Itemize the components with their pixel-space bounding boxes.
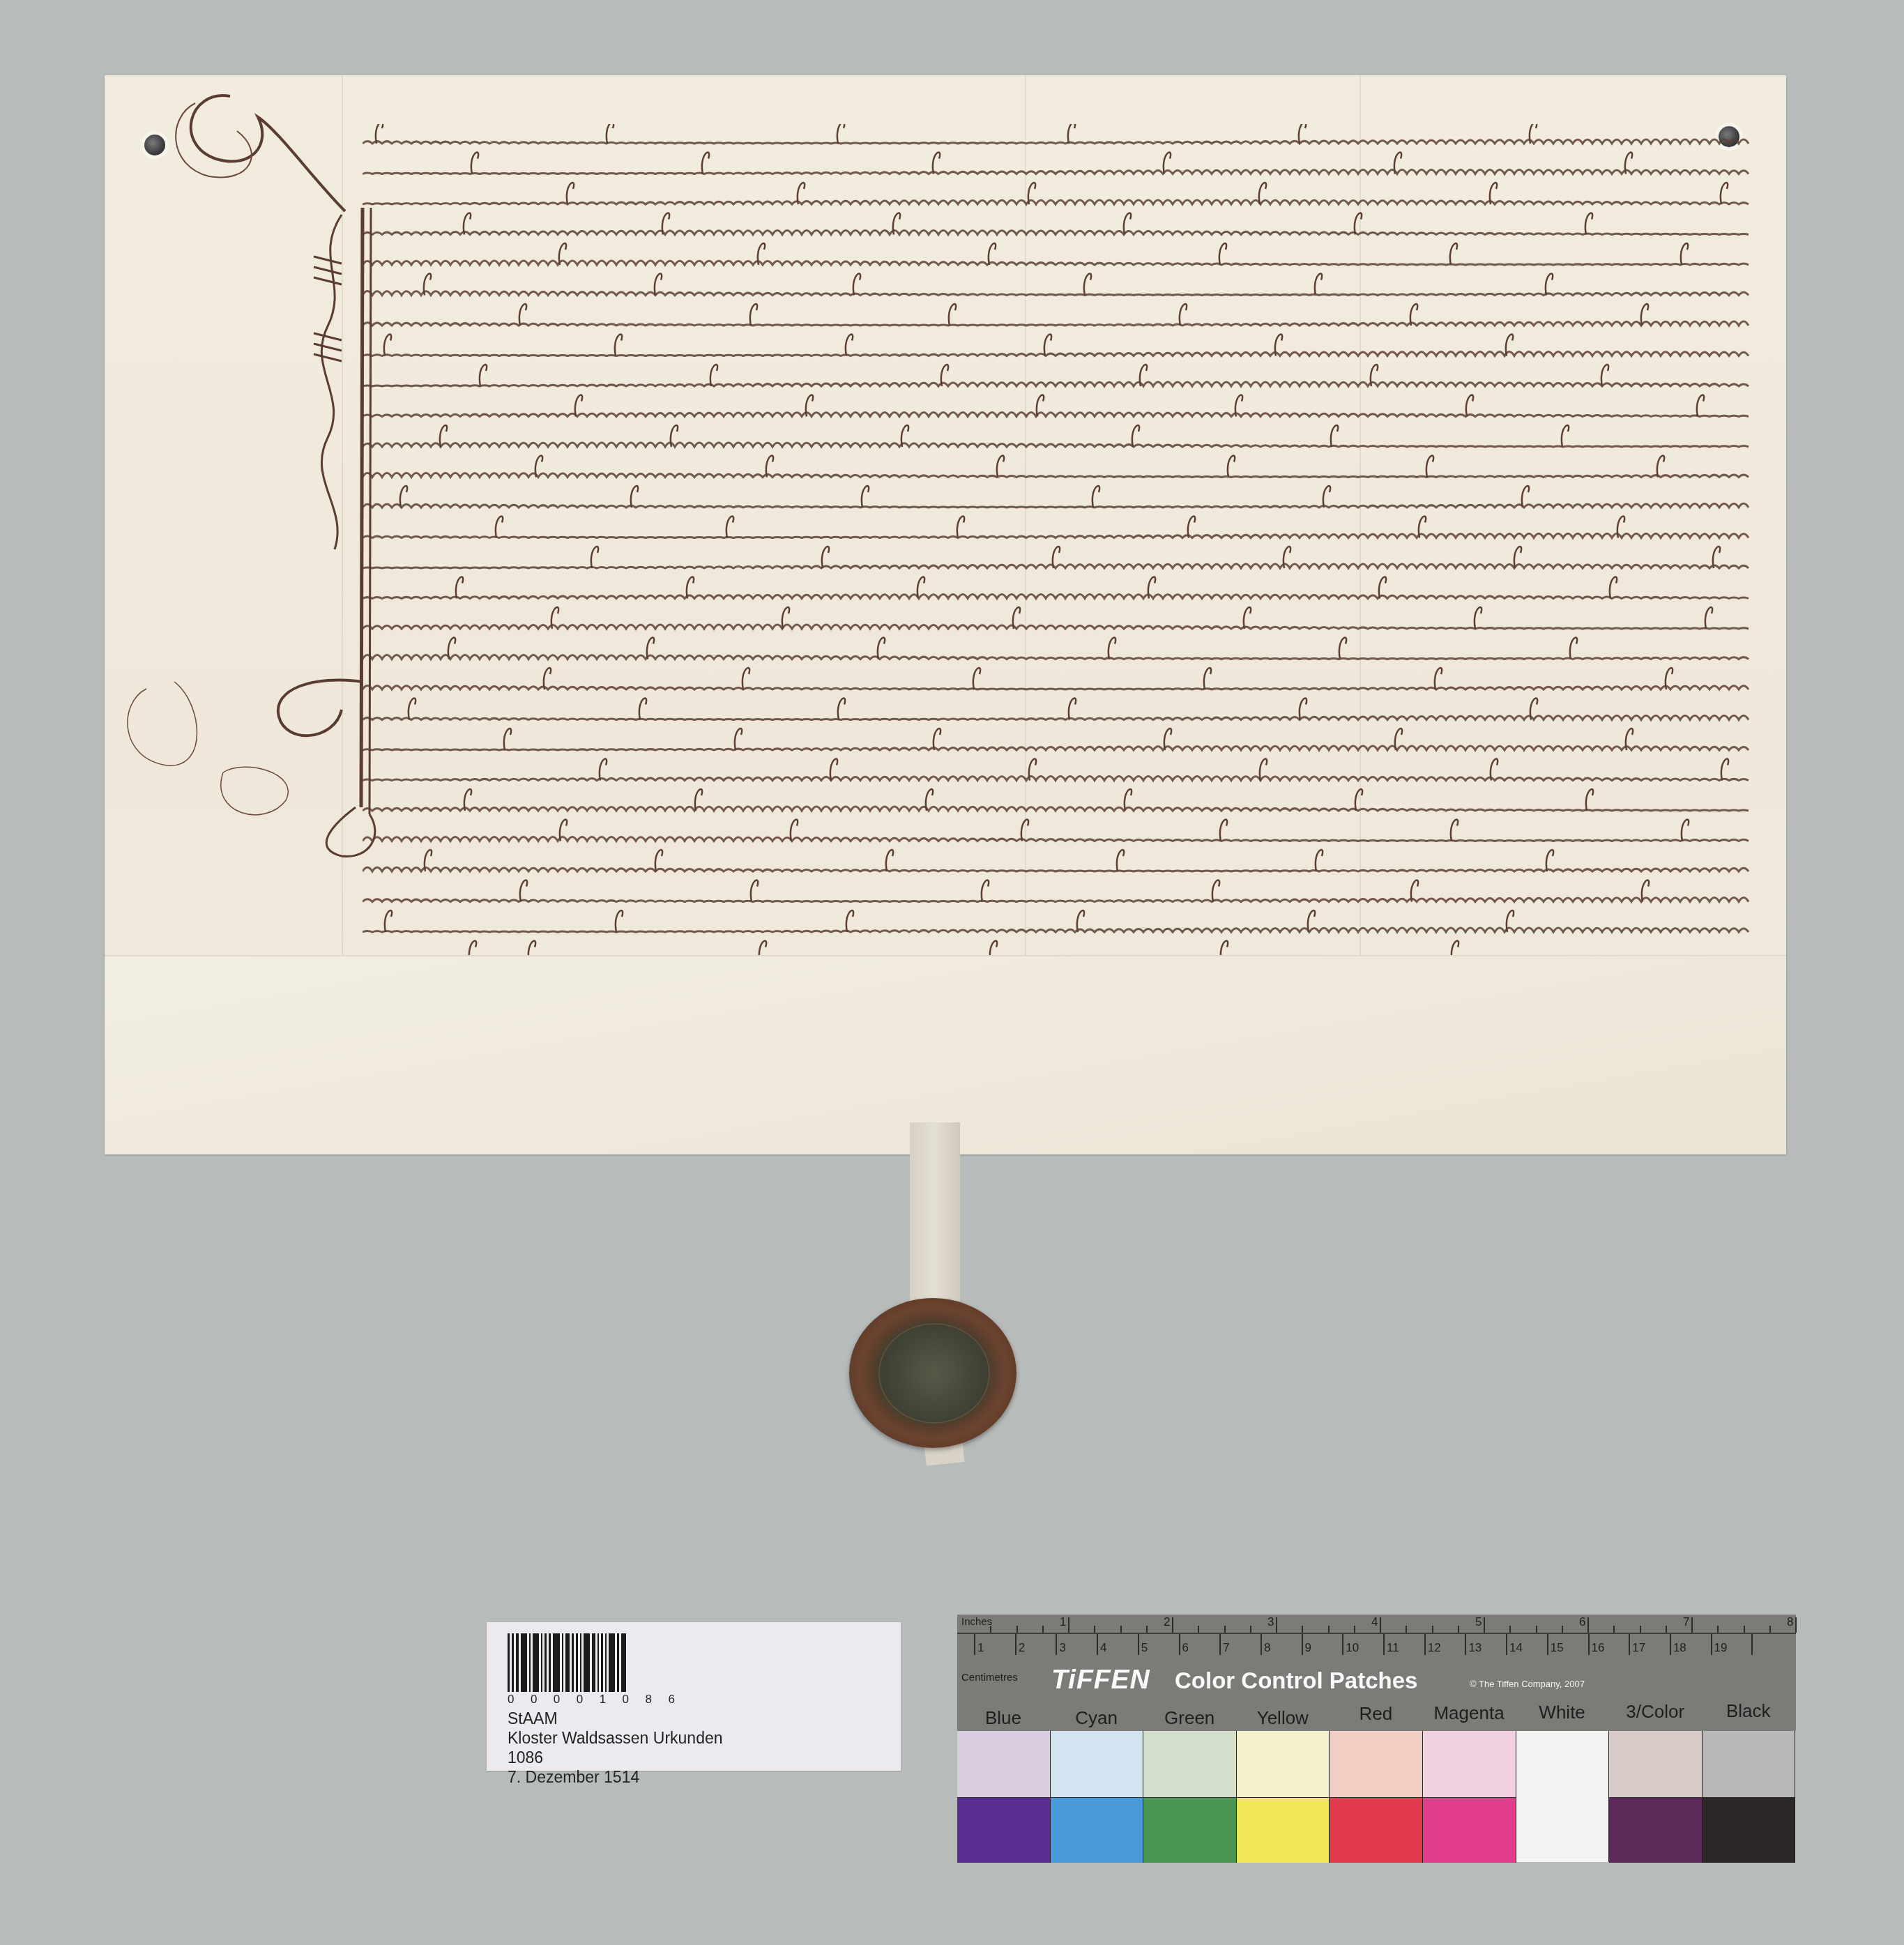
ruler-tick — [1138, 1634, 1139, 1655]
cm-mark: 2 — [1019, 1641, 1025, 1655]
ruler-tick — [1588, 1634, 1590, 1655]
patch-magenta-light — [1423, 1731, 1516, 1797]
cm-ruler: 12345678910111213141516171819 — [957, 1634, 1796, 1662]
inch-mark: 7 — [1683, 1615, 1689, 1629]
ruler-tick — [1015, 1634, 1016, 1655]
ruler-tick — [1744, 1626, 1745, 1633]
ruler-tick — [1717, 1626, 1719, 1633]
ruler-tick — [1276, 1617, 1277, 1633]
patch-label-3-color: 3/Color — [1609, 1701, 1701, 1723]
ruler-tick — [1547, 1634, 1548, 1655]
inch-mark: 4 — [1371, 1615, 1378, 1629]
parchment-charter — [105, 75, 1786, 1154]
archive-label-card: 0 0 0 0 1 0 8 6 StAAM Kloster Waldsassen… — [487, 1622, 901, 1771]
cm-mark: 7 — [1223, 1641, 1229, 1655]
cm-mark: 13 — [1468, 1641, 1482, 1655]
barcode-digits: 0 0 0 0 1 0 8 6 — [508, 1693, 675, 1707]
copyright: © The Tiffen Company, 2007 — [1470, 1679, 1585, 1689]
ruler-tick — [1354, 1626, 1355, 1633]
patch-blue-light — [957, 1731, 1051, 1797]
patch-label-blue: Blue — [957, 1707, 1049, 1729]
ruler-tick — [1640, 1626, 1641, 1633]
cm-mark: 3 — [1059, 1641, 1065, 1655]
chart-header: Inches 12345678 123456789101112131415161… — [957, 1615, 1796, 1731]
initial-flourish — [105, 75, 397, 912]
patch-yellow-light — [1237, 1731, 1330, 1797]
ruler-tick — [1587, 1617, 1589, 1633]
ruler-tick — [1146, 1626, 1148, 1633]
document-number: 1086 — [508, 1748, 723, 1767]
ruler-tick — [1342, 1634, 1343, 1655]
patch-green-dark — [1143, 1797, 1237, 1863]
patch-blue-dark — [957, 1797, 1051, 1863]
color-control-chart: Inches 12345678 123456789101112131415161… — [957, 1615, 1796, 1864]
inch-mark: 5 — [1475, 1615, 1482, 1629]
ruler-tick — [1711, 1634, 1712, 1655]
ruler-tick — [1691, 1617, 1693, 1633]
document-date: 7. Dezember 1514 — [508, 1767, 723, 1787]
cm-mark: 18 — [1673, 1641, 1686, 1655]
patch-red-dark — [1330, 1797, 1423, 1863]
patch-cyan-dark — [1051, 1797, 1144, 1863]
collection-name: Kloster Waldsassen Urkunden — [508, 1728, 723, 1748]
centimetres-label: Centimetres — [961, 1672, 1018, 1684]
ruler-tick — [1406, 1626, 1407, 1633]
ruler-tick — [1629, 1634, 1630, 1655]
ruler-tick — [1261, 1634, 1262, 1655]
ruler-tick — [1056, 1634, 1057, 1655]
ruler-tick — [1666, 1626, 1667, 1633]
ruler-tick — [1120, 1626, 1122, 1633]
wax-seal — [849, 1298, 1016, 1448]
archive-name: StAAM — [508, 1709, 723, 1728]
ruler-tick — [1302, 1634, 1303, 1655]
cm-mark: 10 — [1346, 1641, 1359, 1655]
patch-labels: BlueCyanGreenYellowRedMagentaWhite3/Colo… — [957, 1702, 1796, 1730]
inch-mark: 2 — [1164, 1615, 1170, 1629]
patch-yellow-dark — [1237, 1797, 1330, 1863]
handwritten-text — [363, 124, 1757, 989]
cm-mark: 8 — [1264, 1641, 1270, 1655]
inch-mark: 6 — [1579, 1615, 1585, 1629]
ruler-tick — [1536, 1626, 1537, 1633]
ruler-tick — [1380, 1617, 1381, 1633]
patch-white — [1516, 1731, 1610, 1862]
patch-3-color-light — [1609, 1731, 1703, 1797]
cm-mark: 11 — [1387, 1641, 1399, 1655]
seal-impression — [878, 1323, 990, 1424]
ruler-tick — [1094, 1626, 1095, 1633]
ruler-tick — [1172, 1617, 1173, 1633]
cm-mark: 15 — [1551, 1641, 1564, 1655]
ruler-tick — [990, 1626, 991, 1633]
patch-label-red: Red — [1330, 1703, 1422, 1725]
patch-label-green: Green — [1143, 1707, 1235, 1729]
ruler-tick — [1562, 1626, 1563, 1633]
ruler-tick — [1506, 1634, 1507, 1655]
ruler-tick — [1016, 1626, 1018, 1633]
patch-label-black: Black — [1703, 1700, 1795, 1722]
ruler-tick — [1302, 1626, 1303, 1633]
patch-black-dark — [1703, 1797, 1796, 1863]
ruler-tick — [1465, 1634, 1466, 1655]
cm-mark: 5 — [1141, 1641, 1148, 1655]
chart-title: Color Control Patches — [1175, 1668, 1417, 1694]
barcode — [508, 1633, 628, 1692]
ruler-tick — [1424, 1634, 1426, 1655]
patch-label-cyan: Cyan — [1051, 1707, 1143, 1729]
ruler-tick — [1179, 1634, 1180, 1655]
ruler-tick — [1769, 1626, 1771, 1633]
inch-ruler: Inches 12345678 — [957, 1615, 1796, 1634]
ruler-tick — [1224, 1626, 1226, 1633]
ruler-tick — [1250, 1626, 1251, 1633]
cm-mark: 16 — [1592, 1641, 1605, 1655]
ruler-tick — [1484, 1617, 1485, 1633]
ruler-tick — [1383, 1634, 1385, 1655]
cm-mark: 1 — [977, 1641, 984, 1655]
cm-mark: 19 — [1714, 1641, 1728, 1655]
patch-label-white: White — [1516, 1702, 1608, 1723]
inch-mark: 1 — [1060, 1615, 1066, 1629]
patch-3-color-dark — [1609, 1797, 1703, 1863]
ruler-tick — [1795, 1617, 1797, 1633]
ruler-tick — [1432, 1626, 1433, 1633]
patch-label-magenta: Magenta — [1423, 1702, 1515, 1724]
patch-magenta-dark — [1423, 1797, 1516, 1863]
ruler-tick — [1458, 1626, 1459, 1633]
patch-label-yellow: Yellow — [1237, 1707, 1329, 1729]
ruler-tick — [1670, 1634, 1671, 1655]
cm-mark: 14 — [1509, 1641, 1523, 1655]
ruler-tick — [1219, 1634, 1221, 1655]
inches-label: Inches — [961, 1616, 992, 1628]
ruler-tick — [1613, 1626, 1615, 1633]
ruler-tick — [974, 1634, 975, 1655]
label-text: StAAM Kloster Waldsassen Urkunden 1086 7… — [508, 1709, 723, 1787]
tiffen-logo: TiFFEN — [1051, 1665, 1150, 1695]
patch-cyan-light — [1051, 1731, 1144, 1797]
ruler-tick — [1198, 1626, 1199, 1633]
ruler-tick — [1042, 1626, 1044, 1633]
ruler-tick — [1509, 1626, 1511, 1633]
patch-green-light — [1143, 1731, 1237, 1797]
patch-black-light — [1703, 1731, 1796, 1797]
ruler-tick — [1068, 1617, 1069, 1633]
cm-mark: 6 — [1182, 1641, 1189, 1655]
cm-mark: 12 — [1428, 1641, 1441, 1655]
ruler-tick — [1328, 1626, 1330, 1633]
inch-mark: 3 — [1267, 1615, 1274, 1629]
inch-mark: 8 — [1787, 1615, 1793, 1629]
cm-mark: 9 — [1305, 1641, 1311, 1655]
cm-mark: 17 — [1632, 1641, 1645, 1655]
ruler-tick — [1097, 1634, 1098, 1655]
cm-mark: 4 — [1100, 1641, 1106, 1655]
patch-red-light — [1330, 1731, 1423, 1797]
